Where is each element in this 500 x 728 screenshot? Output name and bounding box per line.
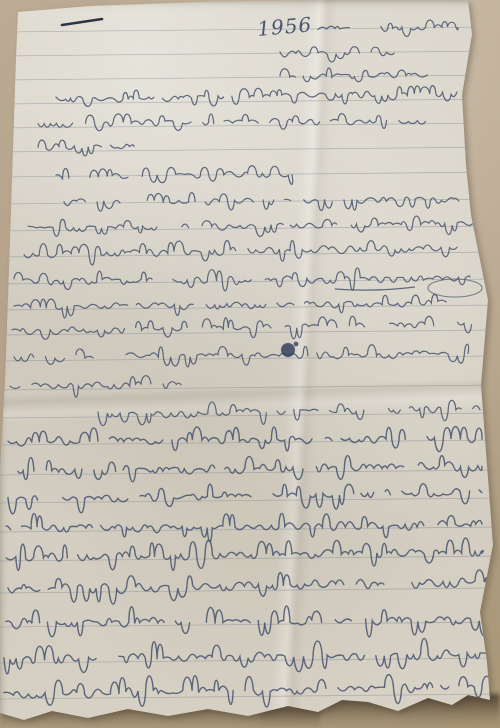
ruled-line xyxy=(0,694,500,699)
ruled-line xyxy=(0,498,500,503)
ink-blot-splash xyxy=(294,342,299,347)
handwriting-line xyxy=(8,480,482,514)
pen-dash-mark xyxy=(62,19,102,25)
handwriting-line xyxy=(56,85,480,109)
handwriting-line xyxy=(6,537,484,572)
letter-paper-wrap: 1956 xyxy=(0,0,500,728)
ruled-line xyxy=(0,51,500,56)
handwriting-strokes xyxy=(4,20,497,712)
handwriting-line xyxy=(12,314,484,343)
handwriting-line xyxy=(4,671,494,712)
ruled-line xyxy=(0,252,500,257)
underline-mark xyxy=(335,287,415,290)
handwriting-line xyxy=(4,638,497,676)
letter-paper: 1956 xyxy=(0,0,500,728)
handwriting-line xyxy=(6,604,488,639)
ruled-line xyxy=(0,413,500,418)
handwriting-line xyxy=(14,344,469,368)
handwriting-line xyxy=(10,375,190,398)
date-text: 1956 xyxy=(256,12,313,41)
ruled-line xyxy=(0,588,500,593)
handwriting-layer: 1956 xyxy=(0,0,500,728)
ink-blot xyxy=(281,343,295,357)
handwriting-line xyxy=(280,67,440,83)
photographed-letter: 1956 xyxy=(0,0,500,728)
ruled-line xyxy=(0,385,500,390)
ruled-line xyxy=(0,123,500,128)
handwriting-line xyxy=(8,425,482,455)
handwriting-line xyxy=(24,236,471,266)
handwriting-line xyxy=(280,46,394,62)
handwriting-line xyxy=(18,452,482,483)
circled-word-mark xyxy=(428,279,482,297)
handwriting-line xyxy=(38,139,134,156)
handwriting-line xyxy=(6,510,482,543)
ruled-line xyxy=(0,172,500,177)
handwriting-line xyxy=(98,398,480,427)
handwriting-line xyxy=(38,112,433,132)
ink-marks xyxy=(62,19,482,357)
handwriting-line xyxy=(8,569,487,605)
ruled-line xyxy=(0,722,500,727)
